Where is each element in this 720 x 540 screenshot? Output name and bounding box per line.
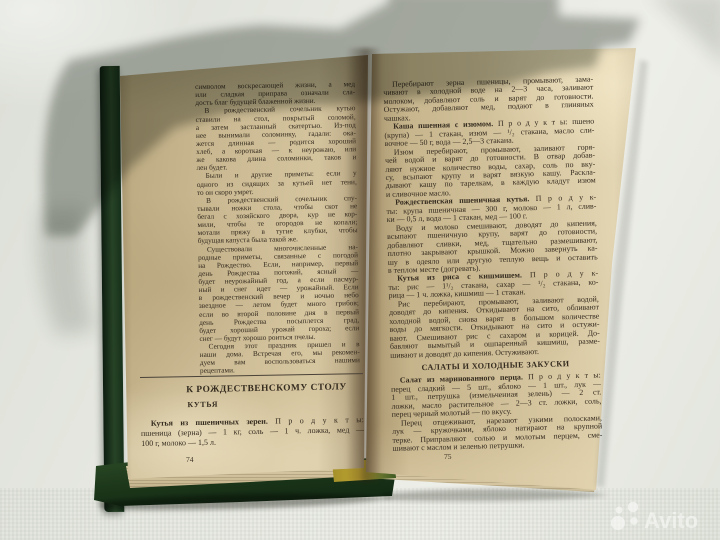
avito-logo-icon — [611, 502, 638, 530]
paragraph: Рис перебирают, промывают, заливают водо… — [389, 295, 600, 360]
left-page-new-section: К РОЖДЕСТВЕНСКОМУ СТОЛУ КУТЬЯ Кутья из п… — [140, 373, 364, 448]
page-number-left: 74 — [186, 455, 194, 464]
paragraph: Перец отцеживают, нарезают узкими полоск… — [392, 414, 603, 453]
section-subtitle: КУТЬЯ — [187, 397, 363, 409]
paragraph: Сегодня этот праздник пришел и внаши дом… — [200, 340, 361, 375]
left-page-recipe-text: Кутья из пшеничных зерен. П р о д у к т … — [141, 415, 364, 448]
paragraph: Изюм перебирают, промывают, заливают гор… — [385, 143, 596, 199]
right-page-text: Перебирают зерна пшеницы, промывают, зам… — [383, 76, 603, 454]
avito-label: Avito — [644, 508, 698, 533]
section-title: К РОЖДЕСТВЕНСКОМУ СТОЛУ — [186, 382, 363, 395]
paragraph: В рождественский сочельник спу-тывали но… — [197, 194, 358, 246]
paragraph: Салат из маринованного перца. П р о д у … — [391, 372, 602, 420]
paragraph: Кутья из пшеничных зерен. П р о д у к т … — [141, 415, 364, 448]
paragraph: Существовали многочисленные на-родные пр… — [198, 243, 360, 343]
paragraph: Перебирают зерна пшеницы, промывают, зам… — [383, 76, 594, 124]
book-photo: символом воскресающей жизни, а медили сл… — [0, 0, 720, 540]
avito-watermark: Avito — [606, 499, 718, 535]
paragraph: Воду и молоко смешивают, доводят до кипе… — [387, 219, 598, 275]
paragraph: В рождественский сочельник кутьюставили … — [195, 105, 356, 173]
page-number-right: 75 — [444, 452, 452, 461]
left-page-text: символом воскресающей жизни, а медили сл… — [195, 80, 360, 375]
